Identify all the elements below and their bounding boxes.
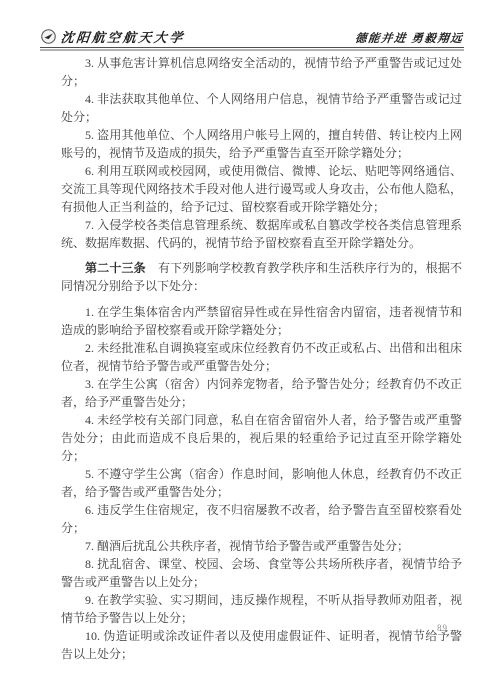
article-23-number: 第二十三条 — [85, 261, 146, 275]
regulation-item-s2-7: 7. 酗酒后扰乱公共秩序者，视情节给予警告或严重警告处分； — [61, 537, 462, 555]
header-divider — [40, 47, 464, 51]
regulation-item-s1-7: 7. 入侵学校各类信息管理系统、数据库或私自篡改学校各类信息管理系统、数据库数据… — [61, 216, 462, 252]
regulation-text: 3. 从事危害计算机信息网络安全活动的，视情节给予严重警告或记过处分； 4. 非… — [61, 54, 462, 663]
regulation-item-s2-8: 8. 扰乱宿舍、课堂、校园、会场、食堂等公共场所秩序者，视情节给予警告或严重警告… — [61, 555, 462, 591]
regulation-item-s2-9: 9. 在教学实验、实习期间，违反操作规程，不听从指导教师劝阻者，视情节给予警告以… — [61, 591, 462, 627]
regulation-item-s2-4: 4. 未经学校有关部门同意，私自在宿舍留宿外人者，给予警告或严重警告处分；由此而… — [61, 411, 462, 465]
regulation-item-s2-2: 2. 未经批准私自调换寝室或床位经教育仍不改正或私占、出借和出租床位者，视情节给… — [61, 339, 462, 375]
university-seal-icon — [41, 29, 56, 44]
university-name: 沈阳航空航天大学 — [60, 27, 186, 46]
regulation-item-s1-6: 6. 利用互联网或校园网，或使用微信、微博、论坛、贴吧等网络通信、交流工具等现代… — [61, 162, 462, 216]
article-23-heading: 第二十三条 有下列影响学校教育教学秩序和生活秩序行为的，根据不同情况分别给予以下… — [61, 259, 462, 295]
page-header: 沈阳航空航天大学 德能并进 勇毅翔远 — [41, 27, 463, 46]
regulation-item-s1-3: 3. 从事危害计算机信息网络安全活动的，视情节给予严重警告或记过处分； — [61, 54, 462, 90]
regulation-item-s1-5: 5. 盗用其他单位、个人网络用户帐号上网的，擅自转借、转让校内上网账号的，视情节… — [61, 126, 462, 162]
page-number: 89 — [437, 623, 448, 633]
document-page: 沈阳航空航天大学 德能并进 勇毅翔远 3. 从事危害计算机信息网络安全活动的，视… — [0, 0, 500, 677]
university-motto: 德能并进 勇毅翔远 — [354, 30, 464, 46]
regulation-item-s2-3: 3. 在学生公寓（宿舍）内饲养宠物者，给予警告处分；经教育仍不改正者，给予严重警… — [61, 375, 462, 411]
regulation-item-s2-1: 1. 在学生集体宿舍内严禁留宿异性或在异性宿舍内留宿，违者视情节和造成的影响给予… — [61, 303, 462, 339]
regulation-item-s2-6: 6. 违反学生住宿规定，夜不归宿屡教不改者，给予警告直至留校察看处分； — [61, 501, 462, 537]
regulation-item-s2-5: 5. 不遵守学生公寓（宿舍）作息时间，影响他人休息，经教育仍不改正者，给予警告或… — [61, 465, 462, 501]
university-brand: 沈阳航空航天大学 — [41, 27, 185, 46]
regulation-item-s1-4: 4. 非法获取其他单位、个人网络用户信息，视情节给予严重警告或记过处分； — [61, 90, 462, 126]
regulation-item-s2-10: 10. 伪造证明或涂改证件者以及使用虚假证件、证明者，视情节给予警告以上处分； — [61, 627, 462, 663]
